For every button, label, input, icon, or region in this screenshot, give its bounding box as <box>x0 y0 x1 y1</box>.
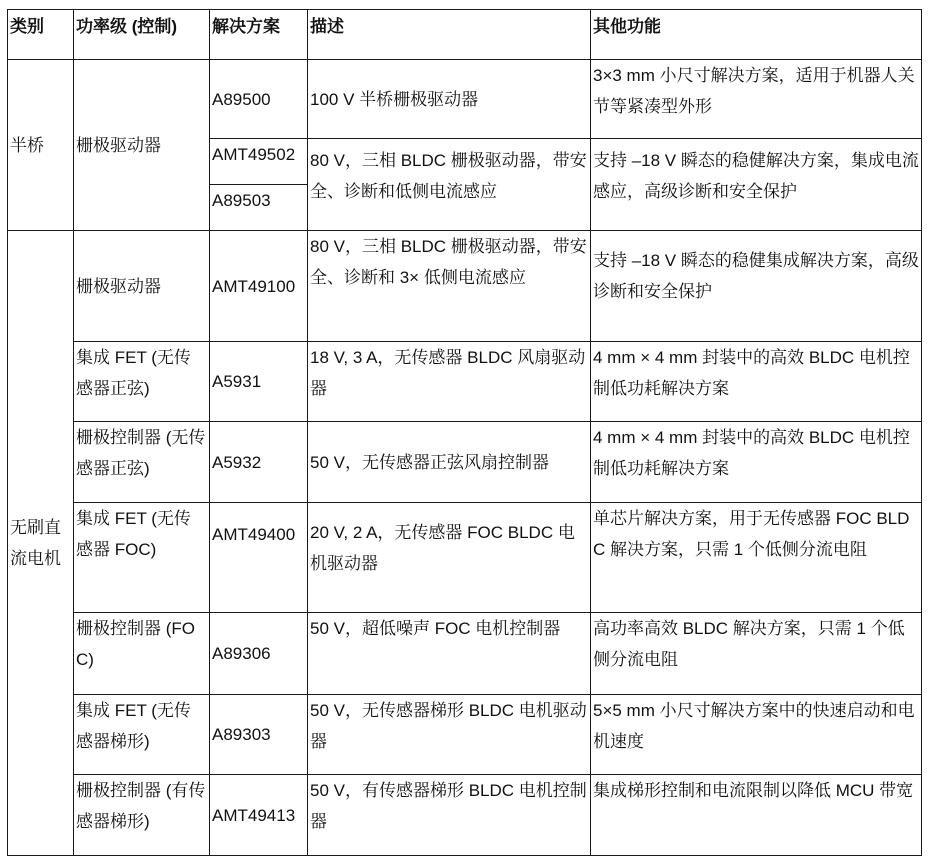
description-cell: 100 V 半桥栅极驱动器 <box>308 60 591 139</box>
features-cell: 4 mm × 4 mm 封装中的高效 BLDC 电机控制低功耗解决方案 <box>591 342 922 422</box>
header-description: 描述 <box>308 10 591 60</box>
features-cell: 4 mm × 4 mm 封装中的高效 BLDC 电机控制低功耗解决方案 <box>591 422 922 503</box>
description-cell: 18 V, 3 A，无传感器 BLDC 风扇驱动器 <box>308 342 591 422</box>
description-cell: 50 V，有传感器梯形 BLDC 电机控制器 <box>308 775 591 856</box>
solution-cell: A89500 <box>210 60 308 139</box>
header-features: 其他功能 <box>591 10 922 60</box>
solution-cell: AMT49413 <box>210 775 308 856</box>
power-stage-cell: 集成 FET (无传感器正弦) <box>74 342 210 422</box>
motor-driver-table: 类别 功率级 (控制) 解决方案 描述 其他功能 半桥 栅极驱动器 A89500… <box>7 9 922 856</box>
solution-cell: A5931 <box>210 342 308 422</box>
solution-cell: AMT49400 <box>210 503 308 613</box>
category-cell: 半桥 <box>8 60 74 231</box>
table-row: 集成 FET (无传感器正弦) A5931 18 V, 3 A，无传感器 BLD… <box>8 342 922 422</box>
solution-cell: AMT49100 <box>210 231 308 342</box>
power-stage-cell: 集成 FET (无传感器梯形) <box>74 695 210 775</box>
solution-cell: A89303 <box>210 695 308 775</box>
description-cell: 50 V，超低噪声 FOC 电机控制器 <box>308 613 591 695</box>
power-stage-cell: 栅极控制器 (有传感器梯形) <box>74 775 210 856</box>
solution-cell: AMT49502 <box>210 139 308 185</box>
power-stage-cell: 栅极驱动器 <box>74 231 210 342</box>
power-stage-cell: 栅极驱动器 <box>74 60 210 231</box>
description-cell: 80 V，三相 BLDC 栅极驱动器，带安全、诊断和低侧电流感应 <box>308 139 591 231</box>
features-cell: 支持 –18 V 瞬态的稳健集成解决方案，高级诊断和安全保护 <box>591 231 922 342</box>
table-row: 半桥 栅极驱动器 A89500 100 V 半桥栅极驱动器 3×3 mm 小尺寸… <box>8 60 922 139</box>
description-cell: 20 V, 2 A，无传感器 FOC BLDC 电机驱动器 <box>308 503 591 613</box>
power-stage-cell: 栅极控制器 (FOC) <box>74 613 210 695</box>
table-row: 栅极控制器 (有传感器梯形) AMT49413 50 V，有传感器梯形 BLDC… <box>8 775 922 856</box>
header-solution: 解决方案 <box>210 10 308 60</box>
table-row: 栅极控制器 (FOC) A89306 50 V，超低噪声 FOC 电机控制器 高… <box>8 613 922 695</box>
table-row: 集成 FET (无传感器梯形) A89303 50 V，无传感器梯形 BLDC … <box>8 695 922 775</box>
description-cell: 50 V，无传感器梯形 BLDC 电机驱动器 <box>308 695 591 775</box>
header-power-stage: 功率级 (控制) <box>74 10 210 60</box>
description-cell: 50 V，无传感器正弦风扇控制器 <box>308 422 591 503</box>
features-cell: 3×3 mm 小尺寸解决方案，适用于机器人关节等紧凑型外形 <box>591 60 922 139</box>
features-cell: 5×5 mm 小尺寸解决方案中的快速启动和电机速度 <box>591 695 922 775</box>
table-row: 栅极控制器 (无传感器正弦) A5932 50 V，无传感器正弦风扇控制器 4 … <box>8 422 922 503</box>
description-cell: 80 V，三相 BLDC 栅极驱动器，带安全、诊断和 3× 低侧电流感应 <box>308 231 591 342</box>
solution-cell: A89503 <box>210 185 308 231</box>
features-cell: 支持 –18 V 瞬态的稳健解决方案，集成电流感应，高级诊断和安全保护 <box>591 139 922 231</box>
power-stage-cell: 栅极控制器 (无传感器正弦) <box>74 422 210 503</box>
features-cell: 集成梯形控制和电流限制以降低 MCU 带宽 <box>591 775 922 856</box>
header-row: 类别 功率级 (控制) 解决方案 描述 其他功能 <box>8 10 922 60</box>
power-stage-cell: 集成 FET (无传感器 FOC) <box>74 503 210 613</box>
table-row: 无刷直流电机 栅极驱动器 AMT49100 80 V，三相 BLDC 栅极驱动器… <box>8 231 922 342</box>
table-row: 集成 FET (无传感器 FOC) AMT49400 20 V, 2 A，无传感… <box>8 503 922 613</box>
solution-cell: A5932 <box>210 422 308 503</box>
header-category: 类别 <box>8 10 74 60</box>
features-cell: 单芯片解决方案，用于无传感器 FOC BLDC 解决方案，只需 1 个低侧分流电… <box>591 503 922 613</box>
solution-cell: A89306 <box>210 613 308 695</box>
category-cell: 无刷直流电机 <box>8 231 74 856</box>
features-cell: 高功率高效 BLDC 解决方案，只需 1 个低侧分流电阻 <box>591 613 922 695</box>
